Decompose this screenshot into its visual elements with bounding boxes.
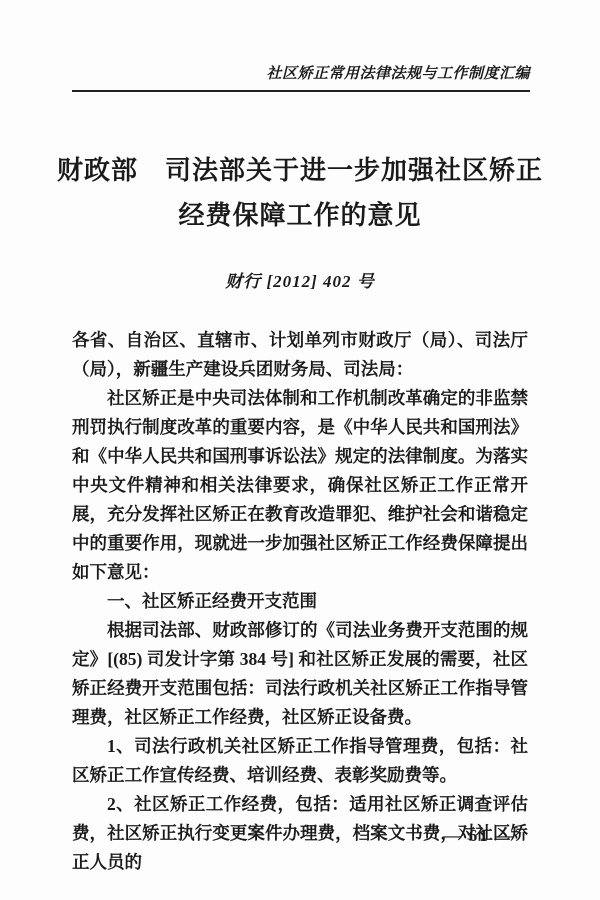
document-title-line-1: 财政部 司法部关于进一步加强社区矫正 bbox=[30, 148, 570, 193]
header-rule bbox=[72, 90, 530, 92]
intro-paragraph: 社区矫正是中央司法体制和工作机制改革确定的非监禁刑罚执行制度改革的重要内容，是《… bbox=[72, 384, 528, 587]
page-number: — 61 — bbox=[444, 826, 516, 846]
document-title: 财政部 司法部关于进一步加强社区矫正 经费保障工作的意见 bbox=[30, 148, 570, 238]
document-body: 各省、自治区、直辖市、计划单列市财政厅（局）、司法厅（局），新疆生产建设兵团财务… bbox=[72, 326, 528, 877]
section-1-heading: 一、社区矫正经费开支范围 bbox=[72, 587, 528, 616]
item-1-paragraph: 1、司法行政机关社区矫正工作指导管理费，包括：社区矫正工作宣传经费、培训经费、表… bbox=[72, 732, 528, 790]
document-title-line-2: 经费保障工作的意见 bbox=[30, 193, 570, 238]
salutation-paragraph: 各省、自治区、直辖市、计划单列市财政厅（局）、司法厅（局），新疆生产建设兵团财务… bbox=[72, 326, 528, 384]
basis-paragraph: 根据司法部、财政部修订的《司法业务费开支范围的规定》[(85) 司发计字第 38… bbox=[72, 616, 528, 732]
document-page: 社区矫正常用法律法规与工作制度汇编 财政部 司法部关于进一步加强社区矫正 经费保… bbox=[0, 0, 600, 900]
document-number: 财行 [2012] 402 号 bbox=[0, 267, 600, 292]
running-header: 社区矫正常用法律法规与工作制度汇编 bbox=[72, 62, 530, 83]
